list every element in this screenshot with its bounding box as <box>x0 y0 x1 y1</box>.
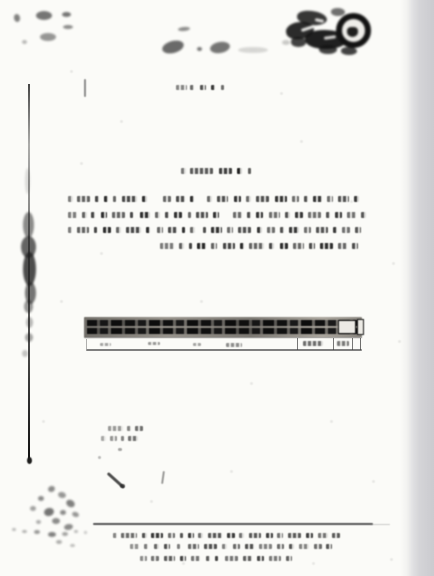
illegible-word <box>314 544 322 549</box>
stamp-scribble-bottom-left <box>43 507 55 517</box>
stray-pen-marks <box>84 79 86 97</box>
fold-line-ink-smudge <box>23 212 34 238</box>
footer-line-2 <box>130 544 337 549</box>
illegible-word <box>238 227 251 233</box>
illegible-word <box>208 533 222 538</box>
illegible-word <box>108 426 123 431</box>
illegible-word <box>256 212 263 218</box>
organization-seal-logo <box>284 6 376 60</box>
illegible-word <box>77 196 90 202</box>
illegible-word <box>219 168 232 174</box>
table-column-divider <box>352 338 353 350</box>
illegible-word <box>333 227 337 233</box>
illegible-word <box>313 196 322 202</box>
illegible-word <box>285 212 290 218</box>
illegible-word <box>190 196 194 202</box>
organization-seal-logo-blob <box>331 8 345 16</box>
stamp-scribble-bottom-left <box>70 544 75 547</box>
table-column-divider <box>297 338 298 350</box>
illegible-word <box>222 544 227 549</box>
body-paragraph-line-2 <box>68 212 371 218</box>
handwritten-marks-top-left <box>40 33 56 41</box>
document-heading <box>181 168 256 174</box>
illegible-word <box>267 227 275 233</box>
illegible-word <box>361 212 366 218</box>
illegible-word <box>91 212 95 218</box>
illegible-word <box>213 212 219 218</box>
table-cell-value <box>148 342 160 345</box>
handwritten-marks-center <box>197 47 202 51</box>
illegible-word <box>130 212 133 218</box>
table-column-divider <box>333 338 334 350</box>
illegible-word <box>197 243 206 249</box>
fold-line-ink-smudge <box>26 317 33 328</box>
illegible-word <box>77 227 89 233</box>
illegible-word <box>135 426 143 431</box>
scan-noise-speck <box>200 300 203 303</box>
footer-divider-rule <box>93 523 373 525</box>
illegible-word <box>168 533 175 538</box>
illegible-word <box>146 227 150 233</box>
illegible-word <box>121 533 137 538</box>
illegible-word <box>128 436 138 441</box>
illegible-word <box>211 227 222 233</box>
illegible-word <box>355 227 361 233</box>
fold-line-ink-smudge <box>25 168 30 194</box>
organization-seal-logo-blob <box>291 37 306 47</box>
handwritten-marks-top-left <box>62 12 71 17</box>
handwritten-marks-center <box>238 47 268 53</box>
illegible-word <box>174 212 182 218</box>
stamp-scribble-bottom-left <box>36 520 41 524</box>
footer-line-3 <box>140 556 297 561</box>
body-paragraph-line-4 <box>160 243 363 249</box>
illegible-word <box>304 227 311 233</box>
fold-line-ink-smudge <box>22 350 28 357</box>
stray-pen-marks <box>161 471 165 484</box>
illegible-word <box>275 196 287 202</box>
illegible-word <box>269 556 281 561</box>
handwritten-marks-center <box>209 40 231 54</box>
stray-pen-marks <box>98 456 101 459</box>
stamp-scribble-bottom-left <box>64 523 74 530</box>
stray-pen-marks <box>120 484 125 488</box>
illegible-word <box>293 243 304 249</box>
scan-noise-speck <box>300 140 303 143</box>
stamp-scribble-bottom-left <box>84 531 87 534</box>
illegible-word <box>233 544 240 549</box>
illegible-word <box>94 227 97 233</box>
illegible-word <box>288 533 301 538</box>
stamp-scribble-bottom-left <box>12 528 16 531</box>
table-header-row <box>84 317 362 338</box>
footer-divider-rule <box>370 524 390 525</box>
scan-noise-speck <box>120 120 123 123</box>
illegible-word <box>269 243 274 249</box>
stamp-scribble-bottom-left <box>52 518 60 524</box>
illegible-word <box>237 168 242 174</box>
illegible-word <box>140 556 147 561</box>
stamp-scribble-bottom-left <box>57 491 66 499</box>
illegible-word <box>104 196 108 202</box>
illegible-word <box>207 196 212 202</box>
organization-seal-logo-core <box>347 27 358 37</box>
illegible-word <box>180 533 183 538</box>
illegible-word <box>112 212 125 218</box>
stamp-scribble-bottom-left <box>47 485 56 493</box>
body-paragraph-line-3 <box>68 227 366 233</box>
illegible-word <box>68 196 73 202</box>
illegible-word <box>140 212 150 218</box>
illegible-word <box>316 227 328 233</box>
illegible-word <box>188 544 199 549</box>
illegible-word <box>211 85 215 90</box>
handwritten-marks-center <box>178 26 190 31</box>
illegible-word <box>196 212 208 218</box>
illegible-word <box>151 556 159 561</box>
reference-dateline <box>176 85 229 90</box>
illegible-word <box>164 556 175 561</box>
fold-line-ink-smudge <box>25 333 33 342</box>
illegible-word <box>101 436 106 441</box>
illegible-word <box>217 196 228 202</box>
illegible-word <box>249 243 264 249</box>
scan-noise-speck <box>312 562 315 565</box>
illegible-word <box>200 85 206 90</box>
scan-noise-speck <box>280 92 283 95</box>
stamp-scribble-bottom-left <box>34 530 40 534</box>
scan-noise-speck <box>42 420 45 423</box>
illegible-word <box>247 212 251 218</box>
handwritten-marks-top-left <box>22 40 27 44</box>
illegible-word <box>240 243 244 249</box>
scanned-document-page <box>0 0 434 576</box>
scan-noise-speck <box>390 558 393 561</box>
scan-noise-speck <box>330 420 333 423</box>
illegible-word <box>163 196 171 202</box>
illegible-word <box>289 227 299 233</box>
table-header-shading <box>84 317 362 338</box>
illegible-word <box>95 196 99 202</box>
illegible-word <box>256 196 269 202</box>
table-column-divider <box>360 338 361 350</box>
illegible-word <box>122 196 137 202</box>
illegible-word <box>142 196 147 202</box>
fold-line-ink-smudge <box>23 252 36 286</box>
table-cell-value <box>337 341 349 346</box>
illegible-word <box>320 243 333 249</box>
illegible-word <box>243 556 252 561</box>
illegible-word <box>347 212 356 218</box>
illegible-word <box>246 196 251 202</box>
illegible-word <box>304 196 308 202</box>
scan-noise-speck <box>398 340 401 343</box>
illegible-word <box>188 212 191 218</box>
organization-seal-logo-blob <box>341 47 357 55</box>
illegible-word <box>234 196 241 202</box>
scan-noise-speck <box>392 262 395 265</box>
signature-line-2 <box>101 436 143 441</box>
illegible-word <box>342 227 350 233</box>
scan-noise-speck <box>250 382 253 385</box>
illegible-word <box>239 533 244 538</box>
scan-noise-speck <box>100 252 103 255</box>
illegible-word <box>289 544 294 549</box>
stamp-scribble-bottom-left <box>71 511 79 518</box>
stamp-scribble-bottom-left <box>30 506 36 511</box>
illegible-word <box>68 227 72 233</box>
handwritten-marks-top-left <box>36 11 52 20</box>
illegible-word <box>203 227 206 233</box>
illegible-word <box>335 212 342 218</box>
illegible-word <box>280 243 288 249</box>
illegible-word <box>352 243 358 249</box>
illegible-word <box>206 556 210 561</box>
illegible-word <box>127 426 131 431</box>
illegible-word <box>144 544 148 549</box>
illegible-word <box>190 85 194 90</box>
illegible-word <box>326 212 330 218</box>
stamp-scribble-bottom-left <box>62 532 68 536</box>
illegible-word <box>327 196 333 202</box>
signature-line-1 <box>108 426 148 431</box>
illegible-word <box>177 544 180 549</box>
illegible-word <box>68 212 77 218</box>
table-header-cell <box>338 320 356 334</box>
stamp-scribble-bottom-left <box>74 530 78 533</box>
footer-line-1 <box>113 533 345 538</box>
illegible-word <box>101 212 107 218</box>
illegible-word <box>286 556 292 561</box>
illegible-word <box>277 533 283 538</box>
illegible-word <box>164 544 170 549</box>
illegible-word <box>181 168 186 174</box>
table-cell-value <box>226 343 242 347</box>
illegible-word <box>318 533 328 538</box>
illegible-word <box>103 227 111 233</box>
illegible-word <box>126 227 141 233</box>
illegible-word <box>257 556 264 561</box>
illegible-word <box>326 544 332 549</box>
illegible-word <box>259 544 272 549</box>
illegible-word <box>160 243 174 249</box>
illegible-word <box>121 436 124 441</box>
illegible-word <box>142 533 147 538</box>
illegible-word <box>151 533 163 538</box>
table-cell-value <box>193 343 201 346</box>
illegible-word <box>180 556 186 561</box>
table-border-line <box>86 349 362 351</box>
illegible-word <box>248 168 251 174</box>
illegible-word <box>188 533 194 538</box>
illegible-word <box>190 168 213 174</box>
table-cell-value <box>100 343 111 346</box>
illegible-word <box>191 556 200 561</box>
illegible-word <box>215 556 218 561</box>
illegible-word <box>176 196 185 202</box>
illegible-word <box>165 212 169 218</box>
scan-noise-speck <box>182 562 185 565</box>
illegible-word <box>338 243 347 249</box>
illegible-word <box>338 196 349 202</box>
illegible-word <box>130 544 139 549</box>
scan-noise-speck <box>372 480 375 483</box>
scan-noise-speck <box>350 200 353 203</box>
illegible-word <box>299 544 309 549</box>
table-border-line <box>85 337 362 338</box>
stamp-scribble-bottom-left <box>38 496 44 501</box>
illegible-word <box>221 85 224 90</box>
illegible-word <box>295 212 303 218</box>
illegible-word <box>113 533 117 538</box>
stamp-scribble-bottom-left <box>65 498 76 509</box>
illegible-word <box>257 227 262 233</box>
illegible-word <box>110 436 117 441</box>
illegible-word <box>269 212 280 218</box>
table-cell-value <box>303 341 323 346</box>
illegible-word <box>157 227 163 233</box>
illegible-word <box>204 544 217 549</box>
scan-noise-speck <box>230 470 233 473</box>
illegible-word <box>245 544 254 549</box>
illegible-word <box>233 212 242 218</box>
illegible-word <box>277 544 284 549</box>
body-paragraph-line-1 <box>68 196 364 202</box>
illegible-word <box>266 533 273 538</box>
illegible-word <box>227 227 233 233</box>
table-column-divider <box>86 339 87 349</box>
illegible-word <box>211 243 217 249</box>
stamp-scribble-bottom-left <box>56 540 62 544</box>
illegible-word <box>198 533 203 538</box>
handwritten-marks-top-left <box>13 14 20 23</box>
illegible-word <box>308 212 321 218</box>
illegible-word <box>82 212 87 218</box>
illegible-word <box>292 196 299 202</box>
handwritten-marks-center <box>161 38 185 55</box>
scan-noise-speck <box>80 162 83 165</box>
illegible-word <box>227 533 235 538</box>
fold-line-ink-smudge <box>24 300 33 313</box>
illegible-word <box>189 243 192 249</box>
organization-seal-logo-blob <box>319 45 337 54</box>
stamp-scribble-bottom-left <box>22 530 27 533</box>
illegible-word <box>154 544 159 549</box>
handwritten-marks-center <box>282 40 290 45</box>
illegible-word <box>223 243 235 249</box>
scan-noise-speck <box>60 300 63 303</box>
illegible-word <box>116 227 121 233</box>
illegible-word <box>113 196 116 202</box>
scan-noise-speck <box>150 500 153 503</box>
illegible-word <box>249 533 261 538</box>
stamp-scribble-bottom-left <box>60 510 66 515</box>
illegible-word <box>190 227 195 233</box>
illegible-word <box>155 212 160 218</box>
illegible-word <box>354 196 359 202</box>
illegible-word <box>306 533 313 538</box>
scan-noise-speck <box>70 70 73 73</box>
illegible-word <box>309 243 315 249</box>
illegible-word <box>168 227 177 233</box>
illegible-word <box>182 227 185 233</box>
illegible-word <box>280 227 284 233</box>
table-header-cell <box>357 319 364 335</box>
illegible-word <box>332 533 340 538</box>
stray-pen-marks <box>118 448 122 451</box>
stamp-scribble-bottom-left <box>48 532 56 537</box>
illegible-word <box>176 85 187 90</box>
illegible-word <box>225 556 238 561</box>
handwritten-marks-top-left <box>63 25 73 29</box>
illegible-word <box>179 243 184 249</box>
